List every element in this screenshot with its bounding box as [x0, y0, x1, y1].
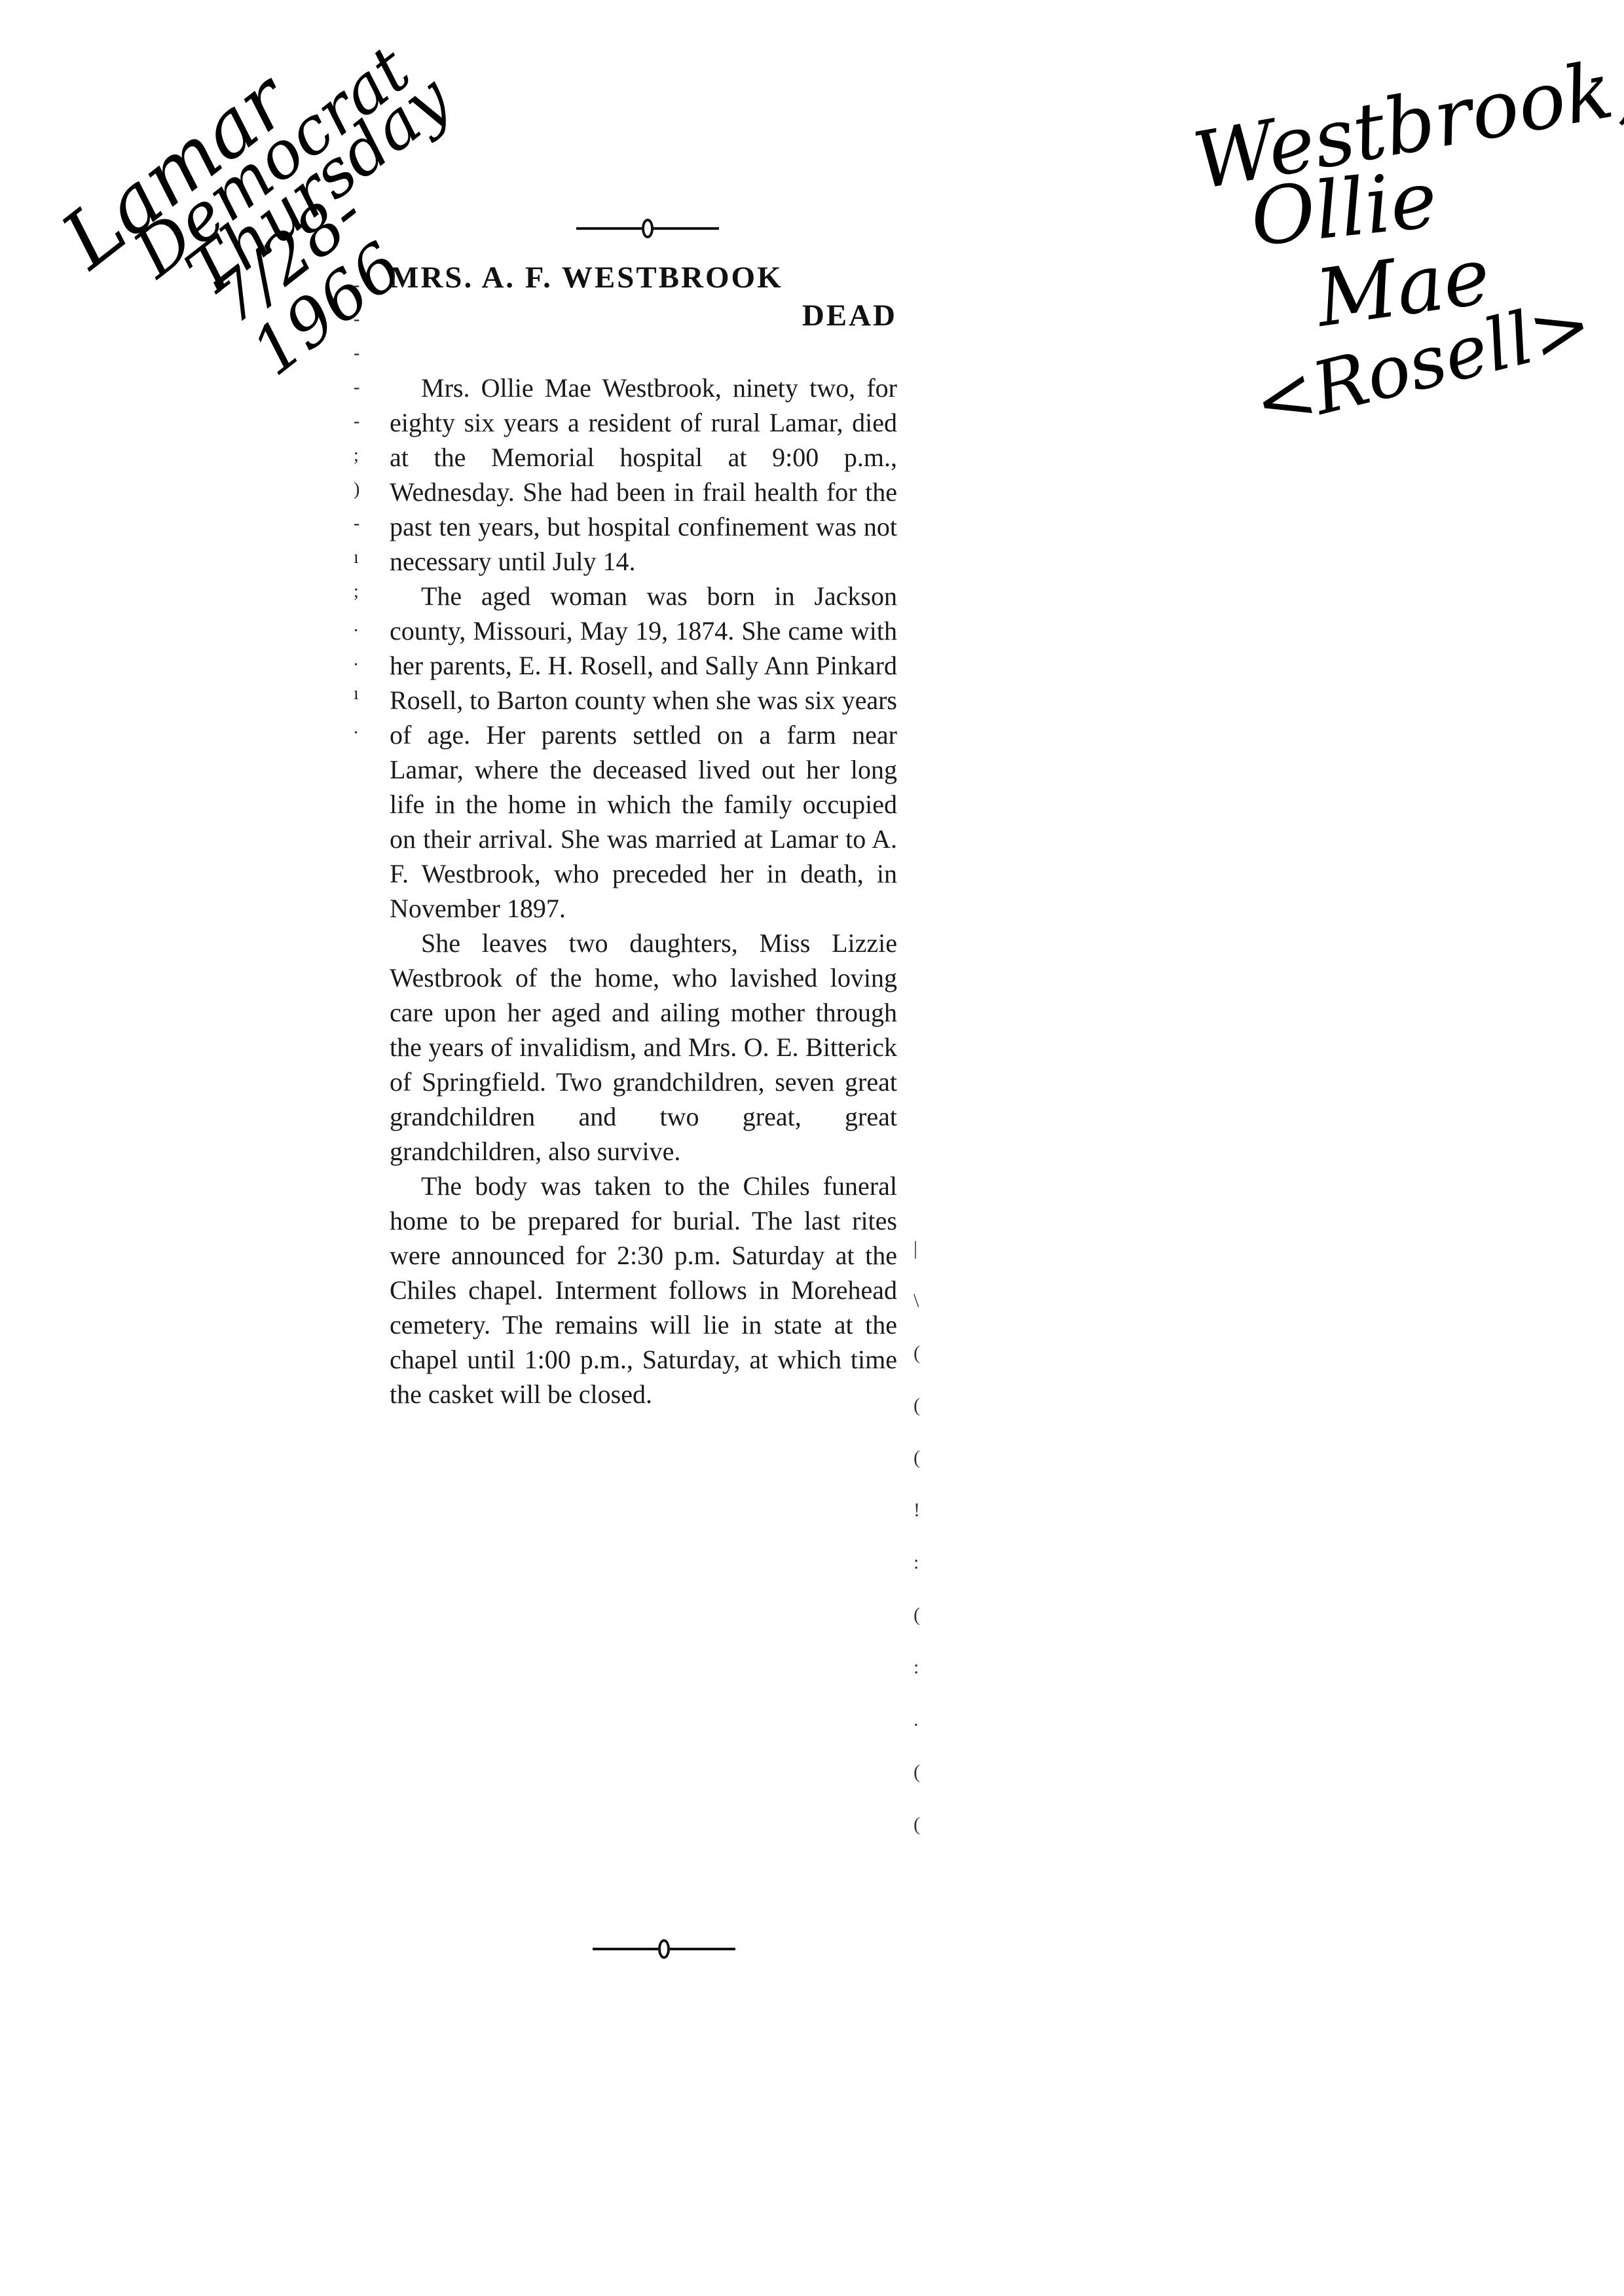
headline: MRS. A. F. WESTBROOK DEAD — [390, 259, 897, 335]
divider-bar-left — [576, 227, 642, 230]
paragraph-biography: The aged woman was born in Jackson count… — [390, 579, 897, 926]
margin-fragment: ; — [354, 581, 359, 602]
margin-fragment: ( — [913, 1394, 920, 1417]
margin-fragment: . — [354, 649, 358, 670]
divider-bar-right — [654, 227, 719, 230]
margin-fragment: ( — [913, 1604, 920, 1626]
paragraph-funeral-arrangements: The body was taken to the Chiles funeral… — [390, 1169, 897, 1412]
paragraph-survivors: She leaves two daughters, Miss Lizzie We… — [390, 926, 897, 1169]
ornament-divider-bottom — [593, 1939, 735, 1959]
margin-fragment: | — [913, 1237, 917, 1260]
article-body: Mrs. Ollie Mae Westbrook, ninety two, fo… — [390, 371, 897, 1412]
obituary-clipping: MRS. A. F. WESTBROOK DEAD Mrs. Ollie Mae… — [390, 259, 897, 1412]
margin-fragment: . — [354, 615, 358, 636]
margin-fragment: \ — [913, 1290, 919, 1312]
divider-bar-left — [593, 1948, 658, 1950]
margin-fragment: : — [913, 1552, 919, 1574]
margin-fragment: ; — [354, 445, 359, 466]
margin-fragment: ! — [913, 1499, 920, 1522]
margin-fragment: ı — [354, 547, 359, 568]
margin-fragment: : — [913, 1656, 919, 1679]
handwritten-name-note: Westbrook, Ollie Mae <Rosell> — [1185, 72, 1578, 439]
paragraph-death-notice: Mrs. Ollie Mae Westbrook, ninety two, fo… — [390, 371, 897, 579]
margin-fragment: - — [354, 377, 360, 398]
divider-bar-right — [670, 1948, 735, 1950]
headline-line-2: DEAD — [390, 297, 897, 335]
margin-fragment: ( — [913, 1761, 920, 1783]
divider-oval-icon — [642, 219, 654, 238]
margin-fragment: - — [354, 309, 360, 330]
headline-line-1: MRS. A. F. WESTBROOK — [390, 259, 897, 297]
margin-fragment: . — [913, 1709, 919, 1731]
margin-fragment: - — [354, 343, 360, 364]
margin-fragment: - — [354, 513, 360, 534]
margin-fragment: ı — [354, 683, 359, 704]
divider-oval-icon — [658, 1939, 670, 1959]
margin-fragment: - — [354, 411, 360, 432]
margin-fragment: ( — [913, 1813, 920, 1836]
ornament-divider-top — [576, 219, 719, 238]
margin-fragment: - — [354, 275, 360, 296]
margin-fragment: ( — [913, 1342, 920, 1364]
margin-fragment: ) — [354, 479, 360, 500]
margin-fragment: ( — [913, 1447, 920, 1469]
margin-fragment: . — [354, 718, 358, 738]
